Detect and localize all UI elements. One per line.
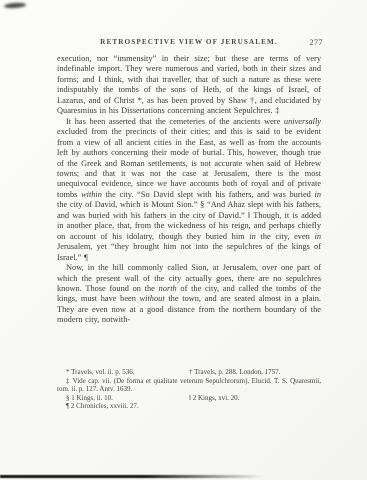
running-title: RETROSPECTIVE VIEW OF JERUSALEM.: [100, 38, 278, 46]
footnote: § 1 Kings, ii. 10.‖ 2 Kings, xvi. 20.: [57, 394, 321, 403]
page-number: 277: [310, 38, 324, 47]
paragraph: execution, nor “immensity” in their size…: [57, 54, 321, 117]
paragraph: Now, in the hill commonly called Sion, a…: [57, 263, 321, 326]
footnote: ¶ 2 Chronicles, xxviii. 27.: [57, 402, 321, 411]
footnotes: * Travels, vol. ii. p. 536.† Travels, p.…: [57, 368, 321, 411]
footnote: * Travels, vol. ii. p. 536.† Travels, p.…: [57, 368, 321, 377]
footnote: ‡ Vide cap. vii. (De forma et qualitate …: [57, 377, 321, 394]
scan-artifact-top-left: [4, 2, 26, 9]
scanned-book-page: RETROSPECTIVE VIEW OF JERUSALEM. 277 exe…: [0, 0, 367, 480]
scan-artifact-bottom-edge: [0, 475, 264, 479]
paragraph: It has been asserted that the cemeteries…: [57, 117, 321, 263]
page-header: RETROSPECTIVE VIEW OF JERUSALEM. 277: [57, 38, 321, 49]
body-text: execution, nor “immensity” in their size…: [57, 54, 321, 326]
